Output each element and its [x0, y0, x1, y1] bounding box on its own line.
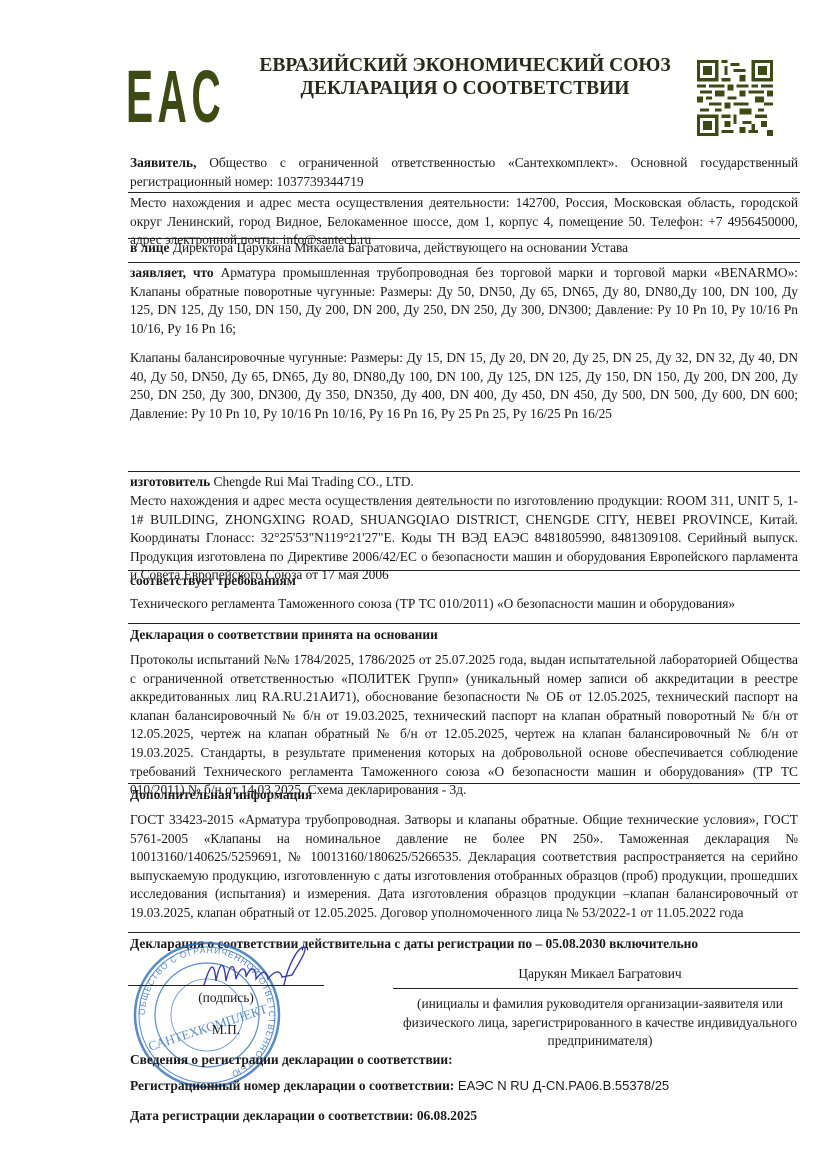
applicant-label: Заявитель,	[130, 155, 196, 170]
basis-text: Протоколы испытаний №№ 1784/2025, 1786/2…	[130, 651, 798, 800]
eac-logo: EAC	[126, 66, 206, 128]
registration-date-value: 06.08.2025	[413, 1108, 477, 1123]
divider	[128, 623, 800, 624]
check-valves-text: Арматура промышленная трубопроводная без…	[130, 265, 798, 336]
registration-date: Дата регистрации декларации о соответств…	[130, 1107, 798, 1126]
representative: в лице Директора Царукяна Микаела Баграт…	[130, 239, 798, 258]
applicant-text: Общество с ограниченной ответственностью…	[130, 155, 798, 189]
conforms-label: соответствует требованиям	[130, 572, 798, 591]
registration-number: Регистрационный номер декларации о соотв…	[130, 1077, 798, 1096]
signature-icon	[200, 945, 310, 995]
stamp-caption: М.П.	[128, 1022, 324, 1038]
signature-caption: (подпись)	[128, 990, 324, 1006]
divider	[128, 570, 800, 571]
representative-text: Директора Царукяна Микаела Багратовича, …	[169, 240, 628, 255]
declares-label: заявляет, что	[130, 265, 214, 280]
divider	[128, 192, 800, 193]
name-caption: (инициалы и фамилия руководителя организ…	[400, 995, 800, 1051]
eac-logo-text: EAC	[126, 66, 225, 128]
declaration-title: ДЕКЛАРАЦИЯ О СООТВЕТСТВИИ	[230, 77, 700, 100]
registration-info-label: Сведения о регистрации декларации о соот…	[130, 1051, 798, 1070]
manufacturer-name: Chengde Rui Mai Trading CO., LTD.	[210, 474, 414, 489]
divider	[128, 262, 800, 263]
additional-label: Дополнительная информация	[130, 786, 798, 805]
registration-number-value: ЕАЭС N RU Д-CN.PA06.B.55378/25	[454, 1078, 669, 1093]
qr-code-icon[interactable]	[697, 60, 773, 136]
conforms-text: Технического регламента Таможенного союз…	[130, 595, 798, 614]
applicant-section: Заявитель, Общество с ограниченной ответ…	[130, 154, 798, 191]
signature-line	[128, 985, 324, 986]
signer-name: Царукян Микаел Багратович	[400, 966, 800, 982]
registration-date-label: Дата регистрации декларации о соответств…	[130, 1108, 413, 1123]
document-header: ЕВРАЗИЙСКИЙ ЭКОНОМИЧЕСКИЙ СОЮЗ ДЕКЛАРАЦИ…	[230, 54, 700, 100]
registration-number-label: Регистрационный номер декларации о соотв…	[130, 1078, 454, 1093]
basis-label: Декларация о соответствии принята на осн…	[130, 626, 798, 645]
divider	[128, 932, 800, 933]
additional-text: ГОСТ 33423-2015 «Арматура трубопроводная…	[130, 811, 798, 923]
manufacturer-label: изготовитель	[130, 474, 210, 489]
representative-label: в лице	[130, 240, 169, 255]
name-line	[393, 988, 798, 989]
union-title: ЕВРАЗИЙСКИЙ ЭКОНОМИЧЕСКИЙ СОЮЗ	[230, 54, 700, 77]
divider	[128, 471, 800, 472]
balancing-valves-text: Клапаны балансировочные чугунные: Размер…	[130, 349, 798, 423]
declares-section: заявляет, что Арматура промышленная труб…	[130, 264, 798, 338]
manufacturer-section: изготовитель Chengde Rui Mai Trading CO.…	[130, 473, 798, 492]
divider	[128, 783, 800, 784]
